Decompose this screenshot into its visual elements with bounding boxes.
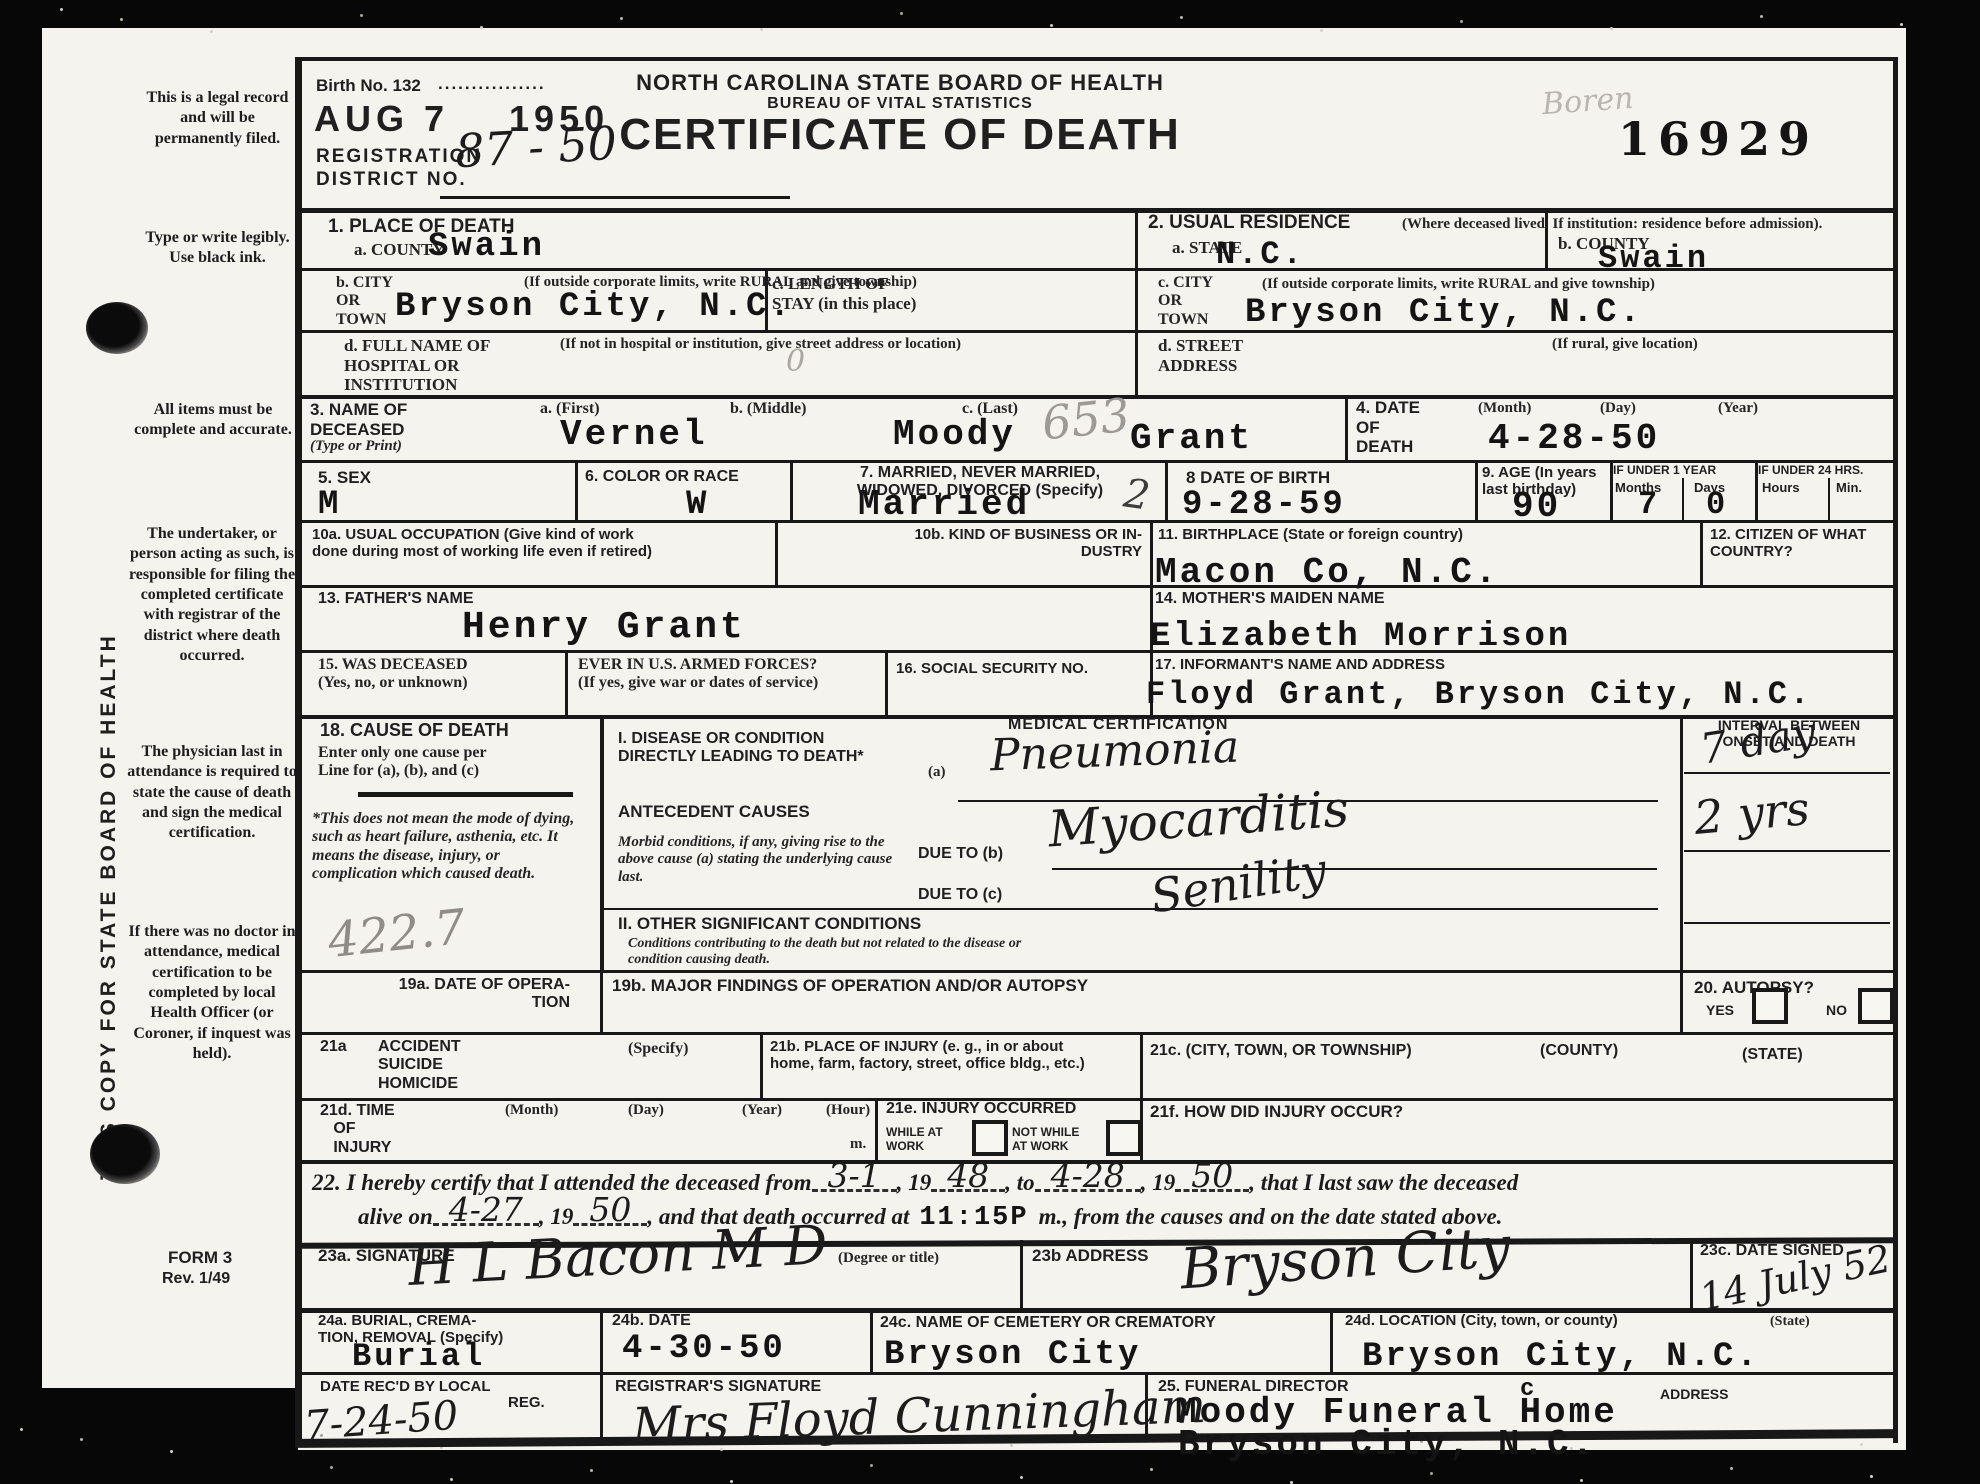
fathers-name-value: Henry Grant (462, 606, 746, 649)
mothers-maiden-name-label: 14. MOTHER'S MAIDEN NAME (1155, 590, 1385, 608)
margin-note-doctor: If there was no doctor in attendance, me… (126, 922, 298, 1064)
grid-vline (600, 1372, 603, 1442)
grid-vline (1690, 1240, 1693, 1308)
grid-vline (1165, 460, 1168, 520)
certificate-title: CERTIFICATE OF DEATH (590, 110, 1210, 161)
interval-line (1684, 922, 1890, 924)
first-name-value: Vernel (560, 414, 708, 455)
grid-vline (600, 715, 604, 970)
last-name-label: c. (Last) (962, 400, 1018, 418)
race-label: 6. COLOR OR RACE (585, 468, 739, 486)
grid-line (295, 1308, 1898, 1313)
grid-vline (1135, 208, 1138, 395)
margin-note-items: All items must be complete and accurate. (133, 400, 293, 441)
autopsy-yes-checkbox (1752, 988, 1788, 1024)
grid-line (295, 585, 1898, 588)
cause-a-value: Pneumonia (989, 722, 1240, 782)
scan-edge-left (0, 0, 42, 1484)
certify-text: alive on (358, 1204, 433, 1229)
margin-note-type: Type or write legibly. Use black ink. (140, 228, 295, 269)
date-of-death-value: 4-28-50 (1488, 418, 1660, 459)
months-value: 7 (1638, 486, 1660, 523)
grid-line (295, 330, 1898, 333)
grid-vline (565, 650, 568, 715)
other-conditions-note: Conditions contributing to the death but… (628, 936, 1068, 968)
form-left-border (295, 57, 302, 1443)
birth-no-dots: ................ (438, 74, 546, 94)
cause-divider-rule (358, 792, 573, 797)
certify-text: 22. I hereby certify that I attended the… (312, 1170, 812, 1195)
attended-from-year-value: 48 (931, 1163, 1005, 1192)
last-seen-alive-value: 4-27 (433, 1197, 539, 1226)
hours-label: Hours (1762, 481, 1800, 496)
grid-vline (1020, 1240, 1023, 1308)
district-no-label: DISTRICT NO. (316, 169, 467, 191)
grid-line (295, 650, 1898, 653)
cause-a-label: (a) (928, 764, 946, 781)
cemetery-value: Bryson City (884, 1336, 1141, 1374)
place-city-label: b. CITY OR TOWN (336, 274, 393, 329)
grid-vline (1680, 970, 1683, 1032)
mothers-maiden-name-value: Elizabeth Morrison (1150, 618, 1571, 656)
registration-underline (440, 196, 790, 199)
date-of-birth-value: 9-28-59 (1182, 486, 1346, 524)
autopsy-no-label: NO (1826, 1002, 1847, 1018)
margin-note-physician: The physician last in attendance is requ… (126, 742, 298, 844)
certify-text: , to (1005, 1170, 1034, 1195)
grid-vline (600, 970, 603, 1032)
margin-vertical-text: THIS COPY FOR STATE BOARD OF HEALTH (97, 490, 121, 1180)
grid-vline (790, 460, 793, 520)
injury-21a-number: 21a (320, 1038, 347, 1056)
age-value: 90 (1512, 486, 1561, 527)
if-under-1-year-label: IF UNDER 1 YEAR (1613, 464, 1716, 478)
marital-status-value: Married (858, 484, 1030, 525)
burial-date-value: 4-30-50 (622, 1330, 786, 1368)
street-address-label: d. STREET ADDRESS (1158, 336, 1243, 375)
birth-no-label: Birth No. 132 (316, 76, 421, 96)
days-value: 0 (1706, 486, 1728, 523)
certify-text: , that I last saw the deceased (1249, 1170, 1518, 1195)
form-revision: Rev. 1/49 (162, 1270, 230, 1288)
armed-forces-label-1: 15. WAS DECEASED (Yes, no, or unknown) (318, 656, 468, 693)
sex-value: M (318, 486, 341, 524)
death-year-label: (Year) (1718, 400, 1758, 417)
cause-b-line (1052, 868, 1657, 870)
specify-hint: (Specify) (628, 1040, 688, 1058)
grid-line (295, 1032, 1898, 1035)
burial-location-value: Bryson City, N.C. (1362, 1338, 1760, 1376)
residence-state-value: N.C. (1216, 236, 1305, 273)
grid-vline (600, 1308, 603, 1372)
attended-to-year-value: 50 (1175, 1163, 1249, 1192)
pencil-annotation: Boren (1541, 81, 1635, 122)
grid-vline (775, 520, 778, 585)
grid-line (295, 1098, 1898, 1101)
death-certificate-scan: This is a legal record and will be perma… (0, 0, 1980, 1484)
scan-edge-right (1906, 0, 1980, 1484)
date-of-birth-label: 8 DATE OF BIRTH (1186, 468, 1330, 488)
injury-month-label: (Month) (505, 1102, 558, 1119)
type-or-print-hint: (Type or Print) (310, 438, 402, 455)
grid-line (295, 970, 1898, 973)
other-conditions-label: II. OTHER SIGNIFICANT CONDITIONS (618, 914, 921, 934)
funeral-address-label: ADDRESS (1660, 1386, 1728, 1402)
antecedent-causes-label: ANTECEDENT CAUSES (618, 802, 810, 822)
interval-value-2: 2 yrs (1692, 781, 1812, 845)
how-did-injury-occur-label: 21f. HOW DID INJURY OCCUR? (1150, 1102, 1403, 1122)
grid-vline (1700, 520, 1703, 585)
morbid-conditions-note: Morbid conditions, if any, giving rise t… (618, 834, 918, 886)
time-of-injury-label: 21d. TIME OF INJURY (320, 1102, 395, 1157)
attended-from-value: 3-1 (812, 1163, 897, 1192)
degree-or-title-label: (Degree or title) (838, 1250, 939, 1267)
armed-forces-label-2: EVER IN U.S. ARMED FORCES? (If yes, give… (578, 656, 878, 693)
hole-punch-bottom (90, 1124, 160, 1184)
injury-hour-label: (Hour) (826, 1102, 870, 1119)
injury-year-label: (Year) (742, 1102, 782, 1119)
due-to-c-label: DUE TO (c) (918, 886, 1002, 904)
margin-note-legal: This is a legal record and will be perma… (135, 88, 300, 149)
residence-city-value: Bryson City, N.C. (1245, 294, 1643, 332)
form-right-border (1893, 57, 1898, 1443)
date-of-death-label: 4. DATE OF DEATH (1356, 398, 1420, 457)
injury-city-label: 21c. (CITY, TOWN, OR TOWNSHIP) (1150, 1042, 1412, 1060)
interval-line (1684, 850, 1890, 852)
grid-vline (1682, 478, 1684, 520)
injury-m-label: m. (850, 1136, 866, 1153)
date-of-operation-label: 19a. DATE OF OPERA- TION (320, 976, 570, 1013)
usual-residence-hint: (Where deceased lived. If institution: r… (1402, 216, 1892, 233)
usual-occupation-label: 10a. USUAL OCCUPATION (Give kind of work… (312, 526, 770, 561)
injury-occurred-label: 21e. INJURY OCCURRED (886, 1100, 1076, 1118)
grid-line (295, 57, 1898, 61)
burial-location-label: 24d. LOCATION (City, town, or county) (1345, 1312, 1618, 1329)
kind-of-business-label: 10b. KIND OF BUSINESS OR IN- DUSTRY (786, 526, 1142, 561)
major-findings-label: 19b. MAJOR FINDINGS OF OPERATION AND/OR … (612, 976, 1088, 996)
not-while-at-work-label: NOT WHILE AT WORK (1012, 1126, 1079, 1154)
grid-vline (885, 650, 888, 715)
residence-city-label: c. CITY OR TOWN (1158, 274, 1213, 329)
injury-day-label: (Day) (628, 1102, 664, 1119)
grid-line (295, 208, 1898, 213)
not-while-at-work-checkbox (1106, 1120, 1142, 1156)
death-day-label: (Day) (1600, 400, 1636, 417)
attended-to-value: 4-28 (1035, 1163, 1141, 1192)
informant-value: Floyd Grant, Bryson City, N.C. (1146, 676, 1812, 713)
accident-suicide-homicide-label: ACCIDENT SUICIDE HOMICIDE (378, 1038, 461, 1093)
street-address-hint: (If rural, give location) (1552, 336, 1698, 353)
grid-vline (1475, 460, 1478, 520)
grid-vline (1330, 1308, 1333, 1372)
residence-county-value: Swain (1598, 240, 1709, 277)
autopsy-yes-label: YES (1706, 1002, 1734, 1018)
date-recd-label: DATE REC'D BY LOCAL (320, 1378, 491, 1395)
place-city-value: Bryson City, N.C. (395, 288, 793, 326)
hospital-label: d. FULL NAME OF HOSPITAL OR INSTITUTION (344, 336, 490, 395)
birthplace-label: 11. BIRTHPLACE (State or foreign country… (1158, 526, 1463, 543)
cause-note-1: Enter only one cause per Line for (a), (… (318, 744, 487, 781)
hole-punch-top (86, 302, 148, 354)
cause-c-line (602, 908, 1658, 910)
date-recd-reg-label: REG. (508, 1394, 545, 1411)
social-security-label: 16. SOCIAL SECURITY NO. (896, 660, 1088, 677)
if-under-24-hrs-label: IF UNDER 24 HRS. (1758, 464, 1863, 478)
length-of-stay-label: c. LENGTH OF STAY (in this place) (772, 274, 916, 313)
scan-edge-bottom-left (0, 1388, 298, 1484)
death-month-label: (Month) (1478, 400, 1531, 417)
margin-note-undertaker: The undertaker, or person acting as such… (126, 524, 298, 666)
certify-text: , 19 (1141, 1170, 1176, 1195)
middle-name-value: Moody (893, 414, 1016, 455)
grid-vline (1345, 395, 1348, 460)
scan-edge-top (0, 0, 1980, 28)
name-of-deceased-title: 3. NAME OF DECEASED (310, 400, 407, 439)
certificate-serial-number: 16929 (1618, 112, 1818, 166)
min-label: Min. (1836, 481, 1862, 496)
board-title: NORTH CAROLINA STATE BOARD OF HEALTH (620, 70, 1180, 95)
time-of-death-value: 11:15P (909, 1203, 1038, 1233)
fathers-name-label: 13. FATHER'S NAME (318, 590, 474, 608)
autopsy-no-checkbox (1858, 988, 1894, 1024)
certify-text: , 19 (897, 1170, 932, 1195)
grid-vline (1680, 715, 1683, 970)
place-county-value: Swain (428, 228, 545, 266)
grid-vline (760, 1032, 763, 1098)
grid-vline (1828, 478, 1830, 520)
burial-date-label: 24b. DATE (612, 1312, 691, 1330)
while-at-work-checkbox (972, 1120, 1008, 1156)
injury-county-label: (COUNTY) (1540, 1042, 1618, 1060)
birthplace-value: Macon Co, N.C. (1155, 552, 1499, 593)
usual-residence-title: 2. USUAL RESIDENCE (1148, 212, 1350, 234)
signature-address-label: 23b ADDRESS (1032, 1246, 1149, 1266)
citizen-label: 12. CITIZEN OF WHAT COUNTRY? (1710, 526, 1866, 561)
grid-vline (875, 1098, 878, 1160)
middle-name-label: b. (Middle) (730, 400, 806, 418)
cause-of-death-title: 18. CAUSE OF DEATH (320, 720, 509, 741)
grid-vline (575, 460, 578, 520)
burial-location-state-label: (State) (1770, 1314, 1810, 1330)
informant-label: 17. INFORMANT'S NAME AND ADDRESS (1155, 656, 1445, 673)
last-name-value: Grant (1130, 418, 1253, 459)
certify-text: , 19 (539, 1204, 574, 1229)
residence-city-hint: (If outside corporate limits, write RURA… (1262, 276, 1712, 293)
grid-vline (870, 1308, 873, 1372)
place-of-injury-label: 21b. PLACE OF INJURY (e. g., in or about… (770, 1038, 1085, 1073)
burial-value: Burial (352, 1338, 485, 1375)
hospital-hint: (If not in hospital or institution, give… (560, 336, 1120, 353)
cemetery-label: 24c. NAME OF CEMETERY OR CREMATORY (880, 1314, 1216, 1332)
pencil-number: 653 (1039, 388, 1132, 451)
due-to-b-label: DUE TO (b) (918, 845, 1003, 863)
hospital-value: 0 (786, 344, 805, 379)
funeral-director-address-value: Bryson City, N.C. (1178, 1424, 1596, 1465)
race-value: W (686, 486, 709, 524)
form-number: FORM 3 (168, 1248, 232, 1268)
disease-condition-label: I. DISEASE OR CONDITION DIRECTLY LEADING… (618, 730, 864, 767)
interval-line (1684, 772, 1890, 774)
injury-state-label: (STATE) (1742, 1046, 1803, 1064)
sex-label: 5. SEX (318, 468, 371, 488)
while-at-work-label: WHILE AT WORK (886, 1126, 943, 1154)
last-seen-alive-year-value: 50 (573, 1197, 647, 1226)
cause-note-2: *This does not mean the mode of dying, s… (312, 810, 584, 884)
